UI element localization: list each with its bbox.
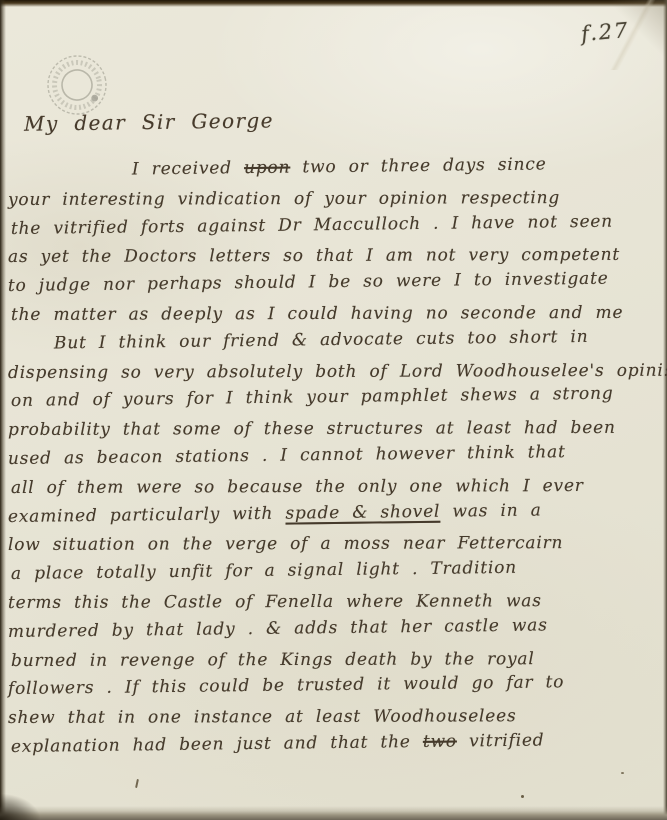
scan-corner-shadow — [0, 794, 40, 820]
handwritten-text: But I think our friend & advocate cuts t… — [54, 327, 589, 354]
struck-out-word: two — [423, 731, 457, 751]
ink-speck — [621, 772, 624, 774]
handwritten-text: on and of yours for I think your pamphle… — [11, 384, 614, 411]
handwritten-text: followers . If this could be trusted it … — [8, 673, 565, 700]
letter-paragraph: I received upon two or three days sincey… — [8, 157, 663, 330]
scan-edge-top — [0, 0, 667, 7]
handwritten-text: vitrified — [457, 730, 545, 751]
manuscript-line: on and of yours for I think your pamphle… — [8, 379, 663, 416]
handwritten-text: terms this the Castle of Fenella where K… — [8, 591, 542, 613]
handwritten-text: I received — [132, 158, 244, 179]
struck-out-word: upon — [244, 158, 290, 179]
handwritten-text: the vitrified forts against Dr Macculloc… — [11, 211, 613, 238]
letter-body: I received upon two or three days sincey… — [8, 157, 663, 762]
salutation-line: My dear Sir George — [24, 108, 274, 135]
manuscript-line: followers . If this could be trusted it … — [8, 667, 663, 704]
handwritten-text: to judge nor perhaps should I be so were… — [8, 269, 609, 296]
handwritten-text: shew that in one instance at least Woodh… — [8, 706, 517, 728]
handwritten-text: a place totally unfit for a signal light… — [11, 558, 517, 584]
handwritten-text: burned in revenge of the Kings death by … — [11, 649, 535, 671]
handwritten-text: all of them were so because the only one… — [11, 476, 584, 498]
handwritten-text: two or three days since — [290, 154, 546, 177]
handwritten-text: examined particularly with — [8, 503, 286, 526]
handwritten-text: the matter as deeply as I could having n… — [11, 303, 623, 325]
scan-edge-bottom — [0, 806, 667, 820]
ink-speck — [135, 779, 139, 788]
scan-edge-right — [663, 0, 667, 820]
ink-speck — [521, 795, 524, 798]
manuscript-line: I received upon two or three days since — [8, 149, 663, 186]
handwritten-text: murdered by that lady . & adds that her … — [8, 615, 548, 642]
handwritten-text: was in a — [440, 500, 542, 521]
handwritten-text: explanation had been just and that the — [11, 732, 423, 757]
handwritten-text: probability that some of these structure… — [8, 418, 616, 440]
handwritten-text: used as beacon stations . I cannot howev… — [8, 442, 566, 469]
underlined-phrase: spade & shovel — [285, 501, 440, 523]
scan-edge-left — [0, 0, 6, 820]
handwritten-text: your interesting vindication of your opi… — [8, 188, 560, 210]
letter-scan-page: f.27 My dear Sir George I received upon … — [0, 0, 667, 820]
handwritten-text: as yet the Doctors letters so that I am … — [8, 245, 620, 267]
handwritten-text: low situation on the verge of a moss nea… — [8, 533, 563, 555]
folio-number: f.27 — [580, 18, 630, 46]
letter-paragraph: But I think our friend & advocate cuts t… — [8, 330, 663, 762]
